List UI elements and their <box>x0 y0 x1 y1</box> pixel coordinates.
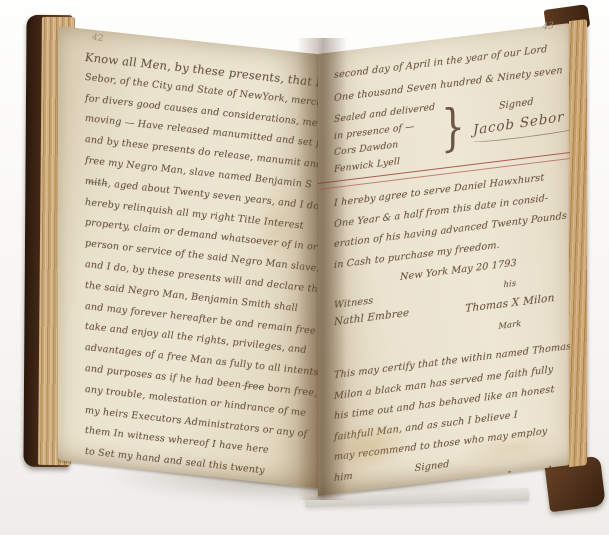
service-agreement-section: I hereby agree to serve Daniel Hawxhurst… <box>334 167 552 356</box>
signature-block: Signed Jacob Sebor <box>473 83 570 157</box>
left-page: 42 Know all Men, by these presents, that… <box>58 26 318 488</box>
curly-brace-glyph: } <box>441 103 465 151</box>
witness-list: Sealed and deliveredin presence of —Cors… <box>334 100 435 178</box>
right-page: 43 second day of April in the year of ou… <box>318 23 570 496</box>
signed-label: Signed <box>415 454 450 479</box>
his-mark-column: his Thomas X Milon Mark <box>465 267 554 339</box>
right-page-surface: second day of April in the year of our L… <box>318 23 570 496</box>
left-page-surface: 42 Know all Men, by these presents, that… <box>58 26 318 488</box>
photo-background: 42 Know all Men, by these presents, that… <box>0 0 609 535</box>
page-edges-right <box>569 19 587 468</box>
mark-word-mark: Mark <box>498 313 521 336</box>
mark-word-his: his <box>504 272 517 294</box>
left-page-text: Know all Men, by these presents, that I … <box>85 47 314 488</box>
page-number-left: 42 <box>92 33 103 44</box>
witness-column: Witness Nathl Embree <box>334 287 409 330</box>
word-him: him <box>334 466 353 489</box>
deed-closing-section: second day of April in the year of our L… <box>334 37 552 178</box>
